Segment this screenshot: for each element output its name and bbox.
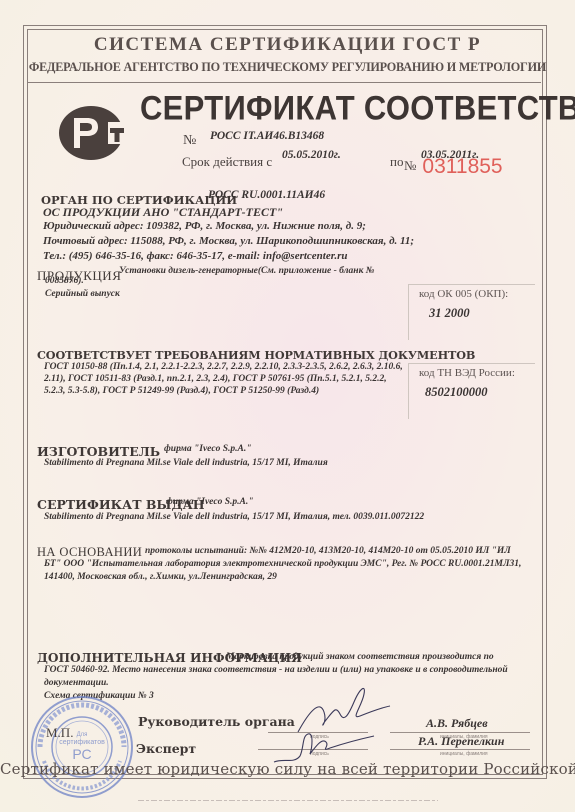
expert-name-caption: инициалы, фамилия <box>440 751 488 757</box>
issued-to-name: фирма "Iveco S.p.A." <box>166 497 254 507</box>
okp-code-value: 31 2000 <box>409 300 535 321</box>
certification-system-heading: СИСТЕМА СЕРТИФИКАЦИИ ГОСТ Р <box>0 34 575 56</box>
production-type: Серийный выпуск <box>45 289 120 299</box>
blank-number-value: 0311855 <box>422 155 502 178</box>
basis-line3: 141400, Московская обл., г.Химки, ул.Лен… <box>44 572 277 582</box>
basis-line1: протоколы испытаний: №№ 412М20-10, 413М2… <box>145 546 511 556</box>
okp-code-box: код ОК 005 (ОКП): 31 2000 <box>408 284 535 340</box>
product-description-line1: Установки дизель-генераторные(См. прилож… <box>119 266 374 276</box>
certification-seal-icon: Для сертификатов РС <box>28 693 136 801</box>
svg-text:Для: Для <box>77 732 88 738</box>
validity-label: Срок действия с <box>182 154 272 170</box>
contacts: Тел.: (495) 646-35-16, факс: 646-35-17, … <box>43 250 348 262</box>
compliance-standards-line3: 5.2.3, 5.3-5.8), ГОСТ Р 51249-99 (Разд.4… <box>44 386 319 396</box>
manufacturer-name: фирма "Iveco S.p.A." <box>164 444 252 454</box>
basis-line2: БТ" ООО "Испытательная лаборатория элект… <box>44 559 521 569</box>
manufacturer-label: ИЗГОТОВИТЕЛЬ <box>37 444 160 459</box>
additional-info-line2: ГОСТ 50460-92. Место нанесения знака соо… <box>44 665 508 675</box>
certification-body-code: РОСС RU.0001.11АИ46 <box>208 189 325 201</box>
manufacturer-address: Stabilimento di Pregnana Mil.se Viale de… <box>44 458 328 468</box>
printer-imprint-icon <box>138 799 438 802</box>
expert-name: Р.А. Перепелкин <box>418 734 504 749</box>
additional-info-line1: Маркировка продукций знаком соответствия… <box>226 652 494 662</box>
basis-label: НА ОСНОВАНИИ <box>37 545 142 560</box>
document-title: СЕРТИФИКАТ СООТВЕТСТВИЯ <box>140 88 575 128</box>
issued-to-address: Stabilimento di Pregnana Mil.se Viale de… <box>44 512 424 522</box>
blank-number-label: № <box>404 158 416 173</box>
compliance-label: СООТВЕТСТВУЕТ ТРЕБОВАНИЯМ НОРМАТИВНЫХ ДО… <box>37 348 475 362</box>
expert-label: Эксперт <box>136 741 196 756</box>
compliance-standards-line1: ГОСТ 10150-88 (Пп.1.4, 2.1, 2.2.1-2.2.3,… <box>44 362 403 372</box>
head-name: А.В. Рябцев <box>426 716 488 731</box>
expert-name-line <box>390 749 530 750</box>
valid-from-date: 05.05.2010г. <box>282 149 341 161</box>
printer-imprint-line <box>0 798 575 803</box>
tnved-code-label: код ТН ВЭД России: <box>409 364 535 379</box>
legal-validity-notice: Сертификат имеет юридическую силу на все… <box>0 760 575 778</box>
legal-address: Юридический адрес: 109382, РФ, г. Москва… <box>43 220 366 232</box>
okp-code-label: код ОК 005 (ОКП): <box>409 285 535 300</box>
compliance-standards-line2: 2.11), ГОСТ 10511-83 (Разд.1, пп.2.1, 2.… <box>44 374 387 384</box>
tnved-code-value: 8502100000 <box>409 379 535 400</box>
certificate-number: РОСС IT.АИ46.В13468 <box>210 130 324 142</box>
blank-serial-number: №0311855 <box>404 155 503 179</box>
tnved-code-box: код ТН ВЭД России: 8502100000 <box>408 363 535 419</box>
additional-info-line3: документации. <box>44 678 109 688</box>
certificate-number-label: № <box>183 133 196 149</box>
certification-body-name: ОС ПРОДУКЦИИ АНО "СТАНДАРТ-ТЕСТ" <box>43 205 283 220</box>
rst-mark-icon <box>58 104 128 162</box>
stamp-place-label: М.П. <box>46 725 73 741</box>
agency-heading: ФЕДЕРАЛЬНОЕ АГЕНТСТВО ПО ТЕХНИЧЕСКОМУ РЕ… <box>0 60 575 75</box>
head-of-body-label: Руководитель органа <box>138 714 295 729</box>
valid-to-label: по <box>390 154 403 170</box>
head-name-line <box>390 732 530 733</box>
product-description-line2: 0085876). <box>45 276 84 286</box>
header-divider <box>28 82 541 83</box>
postal-address: Почтовый адрес: 115088, РФ, г. Москва, у… <box>43 235 414 247</box>
